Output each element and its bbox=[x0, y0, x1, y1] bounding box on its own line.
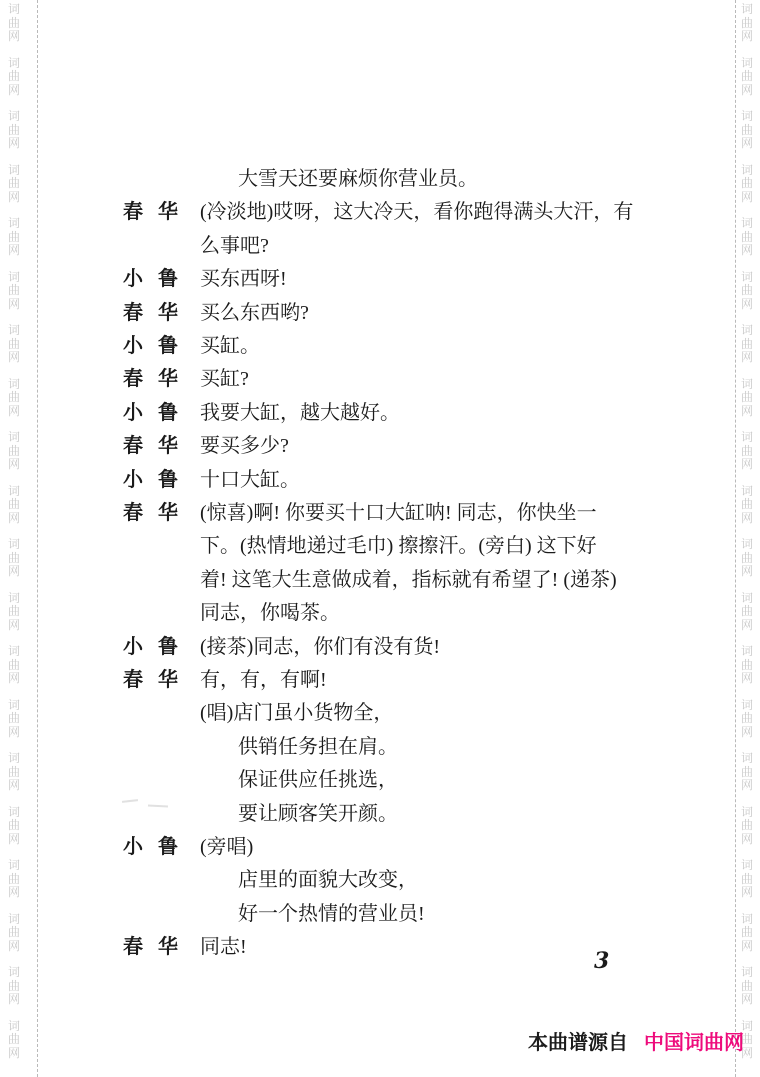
watermark-glyph: 曲 bbox=[5, 70, 23, 84]
speaker-name: 春华 bbox=[123, 663, 193, 692]
watermark-glyph: 词 bbox=[5, 110, 23, 124]
speaker-name: 春华 bbox=[123, 195, 193, 224]
dialogue-text: 大雪天还要麻烦你营业员。 bbox=[238, 162, 478, 191]
script-line: 要让顾客笑开颜。 bbox=[0, 797, 760, 821]
script-line: 大雪天还要麻烦你营业员。 bbox=[0, 162, 760, 186]
script-line: 春华有，有，有啊! bbox=[0, 663, 760, 687]
speaker-name: 小鲁 bbox=[123, 396, 193, 425]
footer-prefix: 本曲谱源自 bbox=[528, 1032, 628, 1054]
script-line: 春华要买多少? bbox=[0, 429, 760, 453]
watermark-glyph: 词 bbox=[5, 3, 23, 17]
watermark-glyph: 曲 bbox=[738, 124, 756, 138]
dialogue-text: (接茶)同志，你们有没有货! bbox=[200, 630, 440, 659]
script-line: 小鲁(旁唱) bbox=[0, 830, 760, 854]
dialogue-text: 同志! bbox=[200, 930, 247, 959]
dialogue-text: 要买多少? bbox=[200, 429, 289, 458]
source-footer: 本曲谱源自中国词曲网 bbox=[528, 1026, 744, 1055]
dialogue-text: 供销任务担在肩。 bbox=[238, 730, 398, 759]
watermark-glyph: 曲 bbox=[5, 1033, 23, 1047]
watermark-glyph: 曲 bbox=[5, 17, 23, 31]
dialogue-text: 十口大缸。 bbox=[200, 463, 300, 492]
script-line: 小鲁(接茶)同志，你们有没有货! bbox=[0, 630, 760, 654]
script-line: 着! 这笔大生意做成着，指标就有希望了! (递茶) bbox=[0, 563, 760, 587]
dialogue-text: 买么东西哟? bbox=[200, 296, 309, 325]
script-line: 店里的面貌大改变， bbox=[0, 863, 760, 887]
speaker-name: 小鲁 bbox=[123, 329, 193, 358]
dialogue-text: 保证供应任挑选， bbox=[238, 763, 398, 792]
watermark-glyph: 词 bbox=[5, 1020, 23, 1034]
dialogue-text: 下。(热情地递过毛巾) 擦擦汗。(旁白) 这下好 bbox=[200, 529, 597, 558]
dialogue-text: 买东西呀! bbox=[200, 262, 287, 291]
script-line: 保证供应任挑选， bbox=[0, 763, 760, 787]
watermark-glyph: 网 bbox=[738, 30, 756, 44]
watermark-glyph: 网 bbox=[5, 84, 23, 98]
speaker-name: 小鲁 bbox=[123, 463, 193, 492]
speaker-name: 小鲁 bbox=[123, 830, 193, 859]
dialogue-text: 买缸? bbox=[200, 362, 249, 391]
script-line: 供销任务担在肩。 bbox=[0, 730, 760, 754]
print-smudge bbox=[122, 799, 180, 809]
script-line: 春华买缸? bbox=[0, 362, 760, 386]
watermark-glyph: 词 bbox=[738, 966, 756, 980]
watermark-glyph: 曲 bbox=[738, 70, 756, 84]
watermark-glyph: 词 bbox=[5, 57, 23, 71]
dialogue-text: 买缸。 bbox=[200, 329, 260, 358]
speaker-name: 春华 bbox=[123, 296, 193, 325]
watermark-glyph: 曲 bbox=[738, 980, 756, 994]
watermark-glyph: 网 bbox=[5, 30, 23, 44]
speaker-name: 春华 bbox=[123, 930, 193, 959]
dialogue-text: 我要大缸，越大越好。 bbox=[200, 396, 400, 425]
dialogue-text: (惊喜)啊! 你要买十口大缸呐! 同志，你快坐一 bbox=[200, 496, 597, 525]
watermark-glyph: 词 bbox=[738, 57, 756, 71]
script-line: 好一个热情的营业员! bbox=[0, 897, 760, 921]
script-line: 小鲁买缸。 bbox=[0, 329, 760, 353]
script-line: 春华(惊喜)啊! 你要买十口大缸呐! 同志，你快坐一 bbox=[0, 496, 760, 520]
dialogue-text: (冷淡地)哎呀，这大冷天，看你跑得满头大汗，有 bbox=[200, 195, 633, 224]
page-number: 3 bbox=[594, 948, 609, 974]
watermark-glyph: 词 bbox=[5, 966, 23, 980]
script-line: 春华买么东西哟? bbox=[0, 296, 760, 320]
watermark-glyph: 网 bbox=[5, 993, 23, 1007]
script-line: 小鲁买东西呀! bbox=[0, 262, 760, 286]
watermark-glyph: 网 bbox=[5, 1047, 23, 1061]
dialogue-text: 要让顾客笑开颜。 bbox=[238, 797, 398, 826]
watermark-glyph: 网 bbox=[5, 137, 23, 151]
document-page: 词曲网词曲网词曲网词曲网词曲网词曲网词曲网词曲网词曲网词曲网词曲网词曲网词曲网词… bbox=[0, 0, 760, 1077]
watermark-glyph: 网 bbox=[738, 84, 756, 98]
script-line: 同志，你喝茶。 bbox=[0, 596, 760, 620]
watermark-glyph: 曲 bbox=[738, 17, 756, 31]
script-line: 下。(热情地递过毛巾) 擦擦汗。(旁白) 这下好 bbox=[0, 529, 760, 553]
watermark-glyph: 网 bbox=[738, 137, 756, 151]
dialogue-text: 同志，你喝茶。 bbox=[200, 596, 340, 625]
footer-brand: 中国词曲网 bbox=[644, 1032, 744, 1054]
speaker-name: 春华 bbox=[123, 362, 193, 391]
dialogue-text: (旁唱) bbox=[200, 830, 253, 859]
watermark-glyph: 词 bbox=[738, 3, 756, 17]
dialogue-text: (唱)店门虽小货物全， bbox=[200, 696, 393, 725]
watermark-glyph: 网 bbox=[738, 993, 756, 1007]
script-line: 春华同志! bbox=[0, 930, 760, 954]
script-line: (唱)店门虽小货物全， bbox=[0, 696, 760, 720]
script-line: 春华(冷淡地)哎呀，这大冷天，看你跑得满头大汗，有 bbox=[0, 195, 760, 219]
dialogue-text: 店里的面貌大改变， bbox=[238, 863, 418, 892]
watermark-glyph: 曲 bbox=[5, 980, 23, 994]
speaker-name: 小鲁 bbox=[123, 262, 193, 291]
dialogue-text: 好一个热情的营业员! bbox=[238, 897, 425, 926]
speaker-name: 春华 bbox=[123, 496, 193, 525]
watermark-glyph: 曲 bbox=[5, 124, 23, 138]
dialogue-text: 着! 这笔大生意做成着，指标就有希望了! (递茶) bbox=[200, 563, 617, 592]
script-line: 小鲁十口大缸。 bbox=[0, 463, 760, 487]
speaker-name: 春华 bbox=[123, 429, 193, 458]
watermark-glyph: 词 bbox=[738, 110, 756, 124]
dialogue-text: 么事吧? bbox=[200, 229, 269, 258]
script-line: 小鲁我要大缸，越大越好。 bbox=[0, 396, 760, 420]
speaker-name: 小鲁 bbox=[123, 630, 193, 659]
dialogue-text: 有，有，有啊! bbox=[200, 663, 327, 692]
script-line: 么事吧? bbox=[0, 229, 760, 253]
